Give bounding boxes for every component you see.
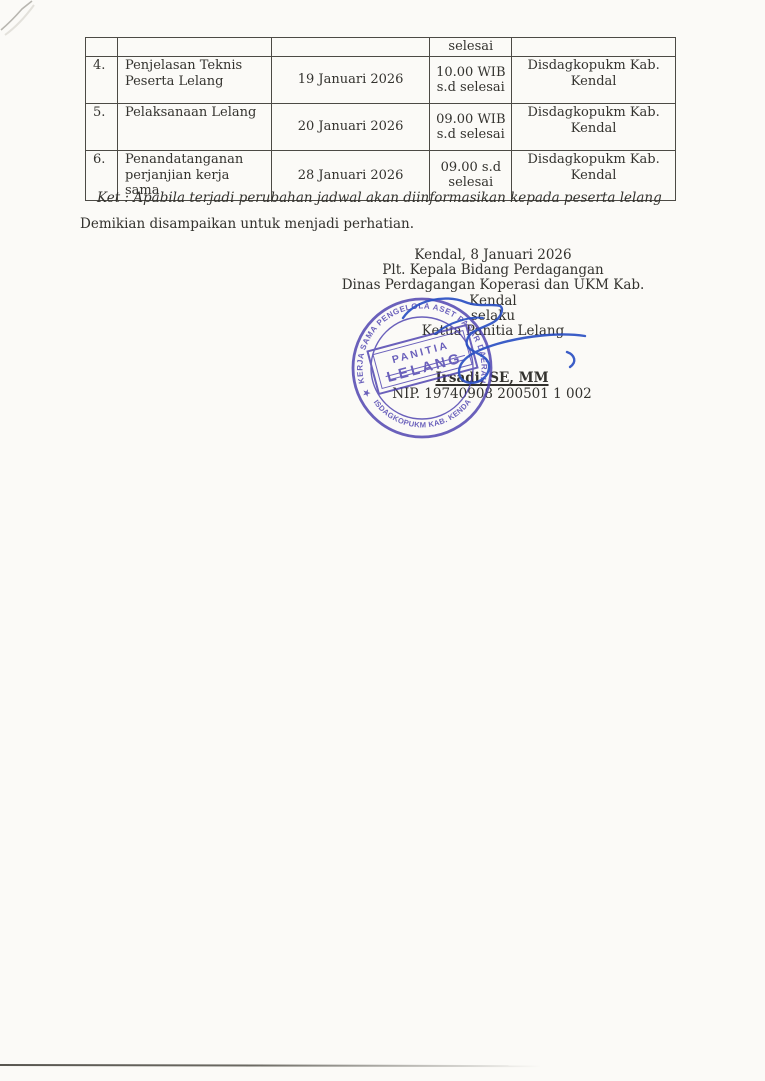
scan-edge-line (0, 1064, 558, 1067)
cell-place: Disdagkopukm Kab. Kendal (512, 57, 676, 104)
signoff-position-1: Plt. Kepala Bidang Perdagangan (322, 263, 664, 278)
scanned-document-page: selesai 4. Penjelasan Teknis Peserta Lel… (0, 0, 765, 1081)
cell-no: 4. (86, 57, 118, 104)
cell-place (512, 38, 676, 57)
scan-corner-crease (0, 0, 70, 45)
cell-activity (117, 38, 271, 57)
signoff-place-date: Kendal, 8 Januari 2026 (322, 248, 664, 263)
cell-place: Disdagkopukm Kab. Kendal (512, 104, 676, 151)
schedule-table: selesai 4. Penjelasan Teknis Peserta Lel… (85, 37, 676, 201)
cell-date (271, 38, 430, 57)
handwritten-signature (375, 288, 605, 418)
cell-time: 10.00 WIB s.d selesai (430, 57, 512, 104)
table-row-carryover: selesai (86, 38, 676, 57)
star-icon: ★ (360, 387, 372, 400)
closing-line: Demikian disampaikan untuk menjadi perha… (80, 216, 580, 232)
signature-stroke (403, 299, 585, 383)
schedule-note: Ket : Apabila terjadi perubahan jadwal a… (97, 190, 697, 206)
cell-activity: Penjelasan Teknis Peserta Lelang (117, 57, 271, 104)
cell-date: 20 Januari 2026 (271, 104, 430, 151)
cell-no (86, 38, 118, 57)
cell-date: 19 Januari 2026 (271, 57, 430, 104)
cell-activity: Pelaksanaan Lelang (117, 104, 271, 151)
signature-tick (567, 352, 574, 367)
table-row: 5. Pelaksanaan Lelang 20 Januari 2026 09… (86, 104, 676, 151)
table-row: 4. Penjelasan Teknis Peserta Lelang 19 J… (86, 57, 676, 104)
cell-no: 5. (86, 104, 118, 151)
cell-time: selesai (430, 38, 512, 57)
cell-time: 09.00 WIB s.d selesai (430, 104, 512, 151)
